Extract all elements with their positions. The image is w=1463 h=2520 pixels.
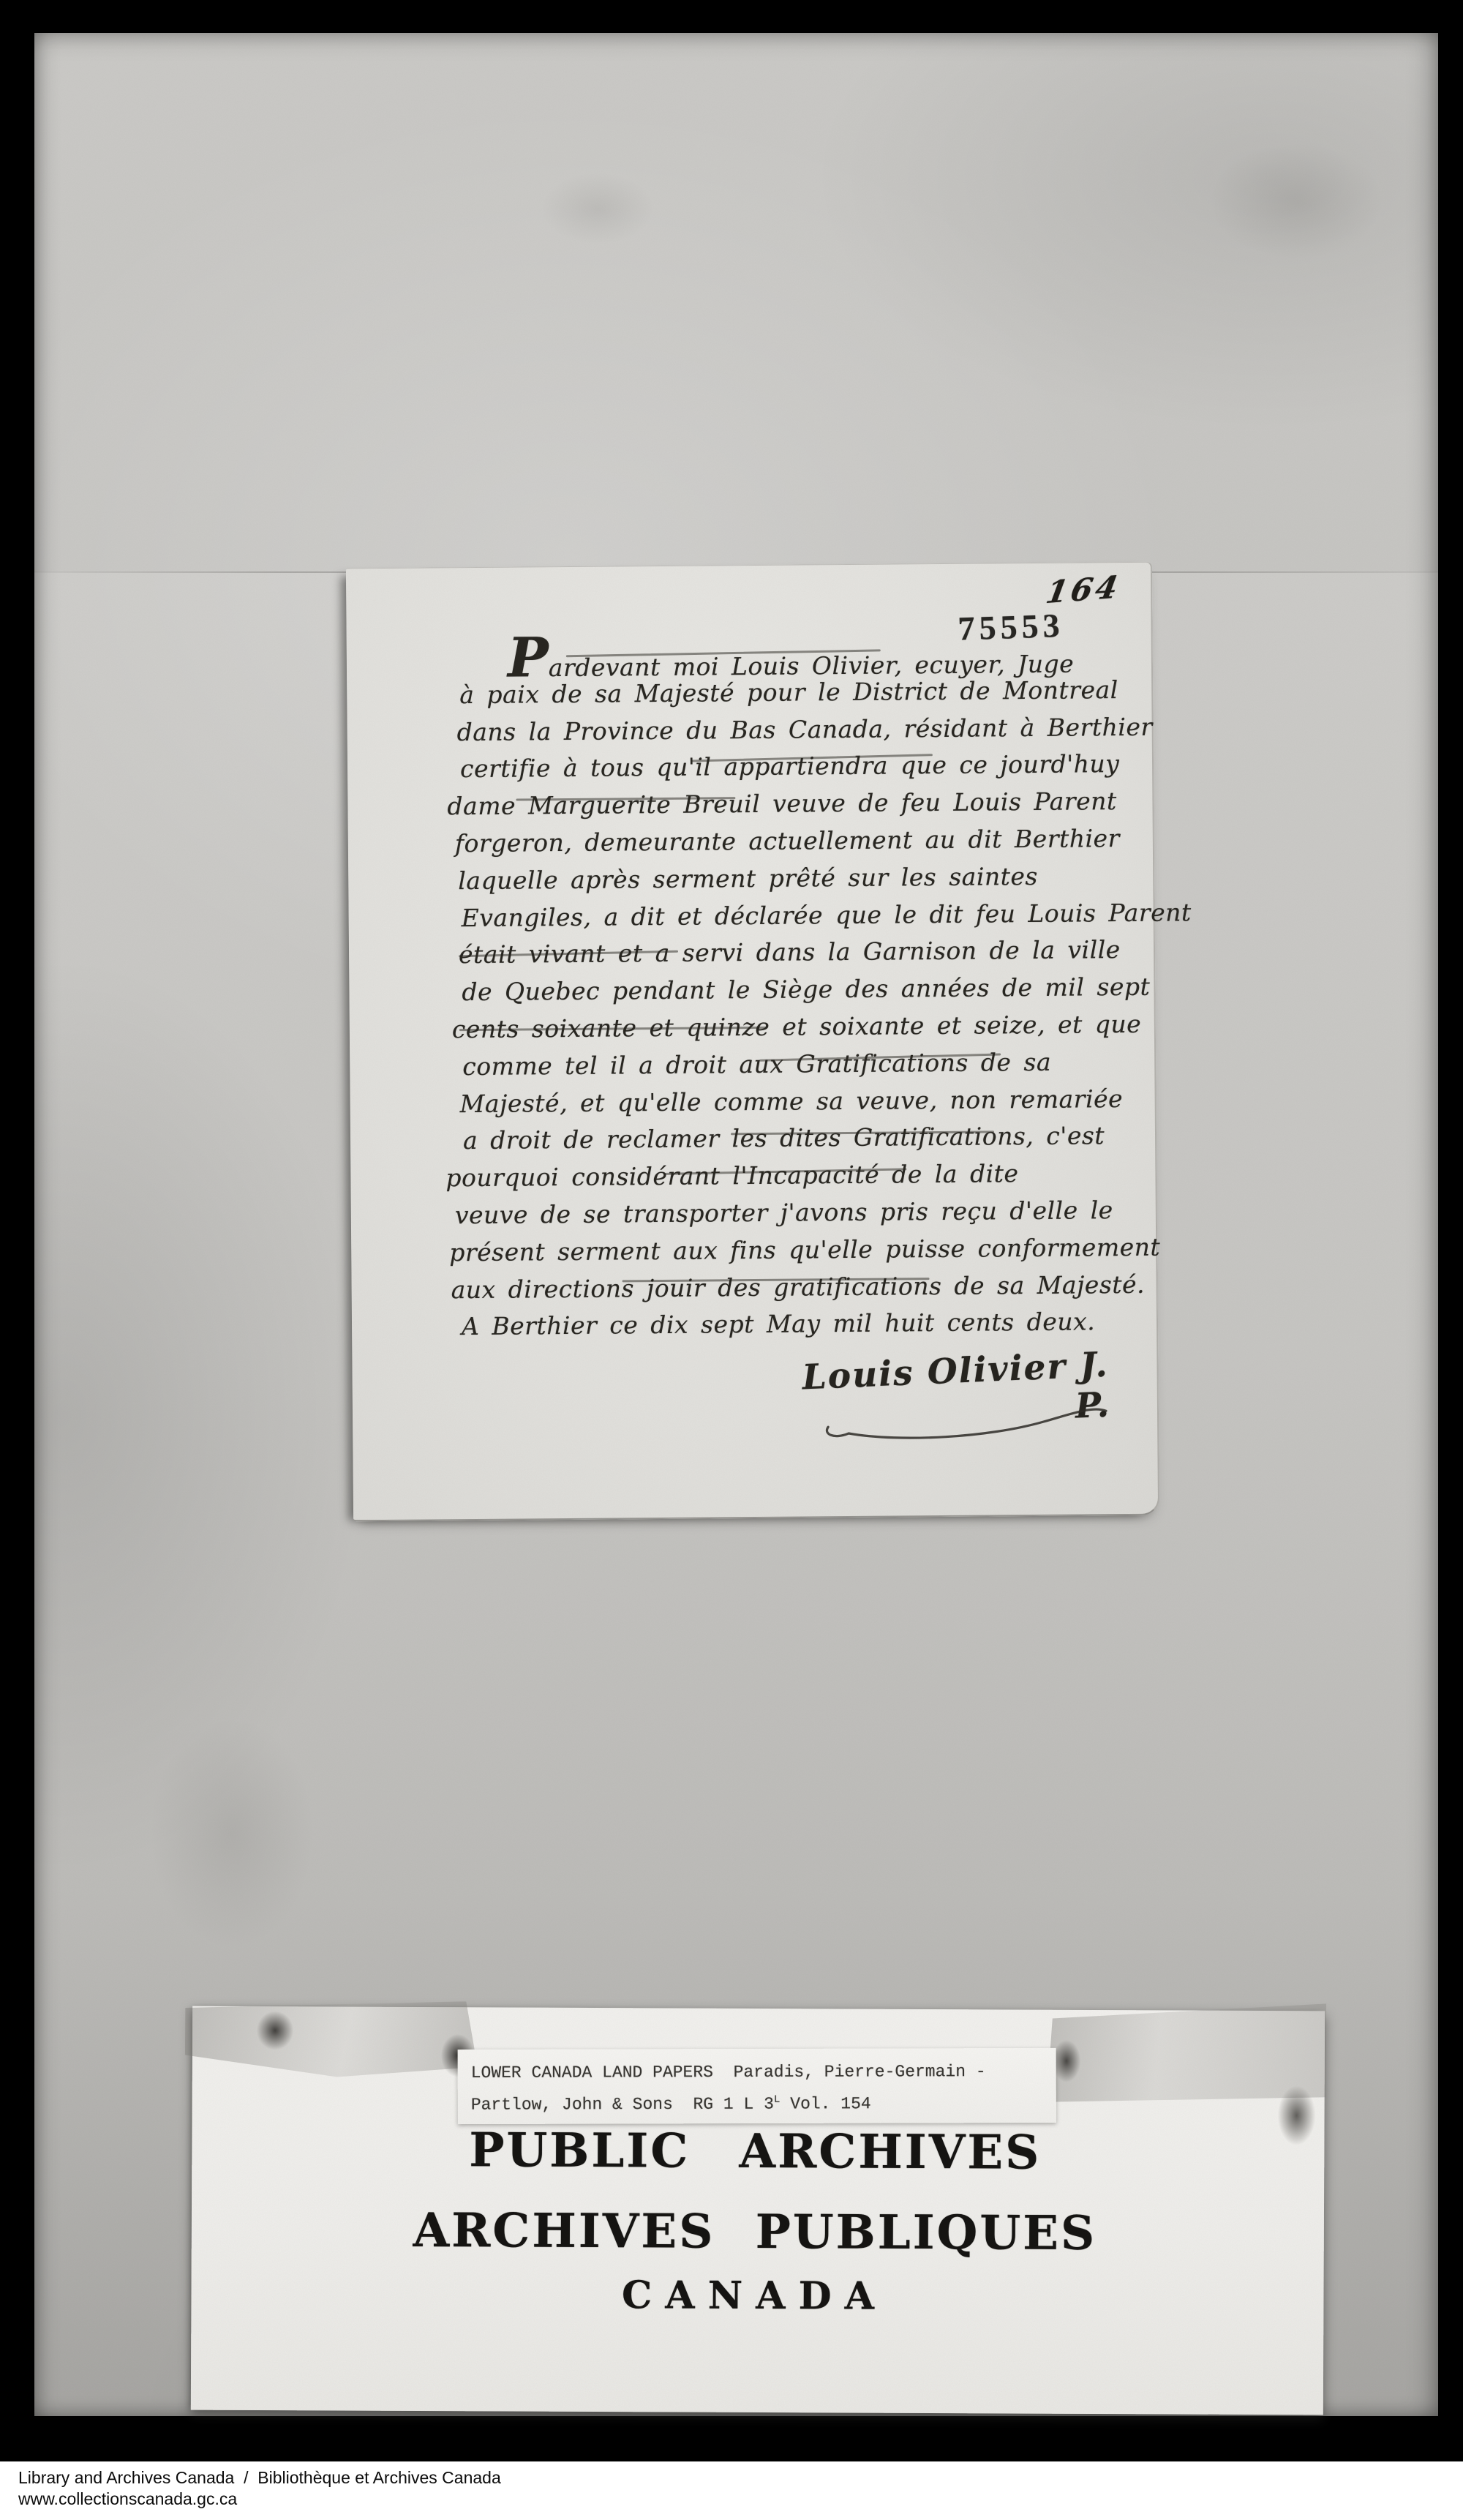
catalog-label-line1: LOWER CANADA LAND PAPERS Paradis, Pierre… bbox=[471, 2058, 1056, 2087]
manuscript-line: forgeron, demeurante actuellement au dit… bbox=[455, 820, 1128, 863]
film-crease-band bbox=[34, 33, 1438, 572]
manuscript-line: a droit de reclamer les dites Gratificat… bbox=[463, 1117, 1130, 1160]
photo-smudge bbox=[122, 1679, 342, 1987]
catalog-label-line2-prefix: Partlow, John & Sons RG 1 L 3 bbox=[471, 2095, 774, 2115]
archives-placard: LOWER CANADA LAND PAPERS Paradis, Pierre… bbox=[191, 2006, 1325, 2415]
placard-title-english: PUBLIC ARCHIVES bbox=[243, 2122, 1267, 2181]
manuscript-line: pourquoi considérant l'Incapacité de la … bbox=[445, 1155, 1127, 1197]
tape-stain bbox=[1271, 2075, 1322, 2156]
catalog-label-line2-suffix: Vol. 154 bbox=[780, 2094, 870, 2113]
catalog-label-superscript: L bbox=[774, 2094, 781, 2106]
scan-photo-area: 164 75553 Pardevant moi Louis Olivier, e… bbox=[34, 33, 1438, 2416]
manuscript-line: de Quebec pendant le Siège des années de… bbox=[462, 969, 1129, 1011]
manuscript-line: Evangiles, a dit et déclarée que le dit … bbox=[461, 895, 1128, 937]
manuscript-text-block: Pardevant moi Louis Olivier, ecuyer, Jug… bbox=[347, 634, 1157, 1347]
placard-titles: PUBLIC ARCHIVES ARCHIVES PUBLIQUES CANAD… bbox=[244, 2006, 1268, 2011]
manuscript-line: veuve de se transporter j'avons pris reç… bbox=[455, 1192, 1131, 1234]
manuscript-line: aux directions jouir des gratifications … bbox=[451, 1266, 1131, 1308]
handwritten-folio-number: 164 bbox=[1044, 569, 1124, 611]
manuscript-line: présent serment aux fins qu'elle puisse … bbox=[449, 1229, 1128, 1272]
manuscript-line: Majesté, et qu'elle comme sa veuve, non … bbox=[459, 1081, 1127, 1123]
tape-strip-left bbox=[185, 2000, 478, 2078]
manuscript-line: dans la Province du Bas Canada, résidant… bbox=[456, 709, 1124, 751]
manuscript-document: 164 75553 Pardevant moi Louis Olivier, e… bbox=[346, 562, 1159, 1522]
catalog-label: LOWER CANADA LAND PAPERS Paradis, Pierre… bbox=[458, 2048, 1056, 2124]
catalog-label-line2: Partlow, John & Sons RG 1 L 3L Vol. 154 bbox=[471, 2085, 1056, 2119]
microfilm-scan-page: { "scan": { "folio_number": "164", "stam… bbox=[0, 0, 1463, 2520]
manuscript-line: à paix de sa Majesté pour le District de… bbox=[459, 672, 1127, 714]
manuscript-line: A Berthier ce dix sept May mil huit cent… bbox=[462, 1303, 1129, 1346]
manuscript-line: cents soixante et quinze et soixante et … bbox=[452, 1006, 1127, 1049]
footer-bar: Library and Archives Canada / Bibliothèq… bbox=[0, 2461, 1463, 2520]
signature-flourish bbox=[821, 1398, 1110, 1444]
manuscript-line: comme tel il a droit aux Gratifications … bbox=[462, 1043, 1129, 1086]
placard-title-french: ARCHIVES PUBLIQUES bbox=[243, 2202, 1267, 2262]
footer-url-line: www.collectionscanada.gc.ca bbox=[18, 2489, 1463, 2510]
tape-stain bbox=[249, 2003, 301, 2058]
footer-institution-line: Library and Archives Canada / Bibliothèq… bbox=[18, 2467, 1463, 2489]
manuscript-line: laquelle après serment prêté sur les sai… bbox=[458, 858, 1125, 900]
placard-title-canada: CANADA bbox=[242, 2271, 1266, 2320]
manuscript-line: dame Marguerite Breuil veuve de feu Loui… bbox=[447, 783, 1124, 825]
manuscript-line: certifie à tous qu'il appartiendra que c… bbox=[460, 746, 1127, 788]
